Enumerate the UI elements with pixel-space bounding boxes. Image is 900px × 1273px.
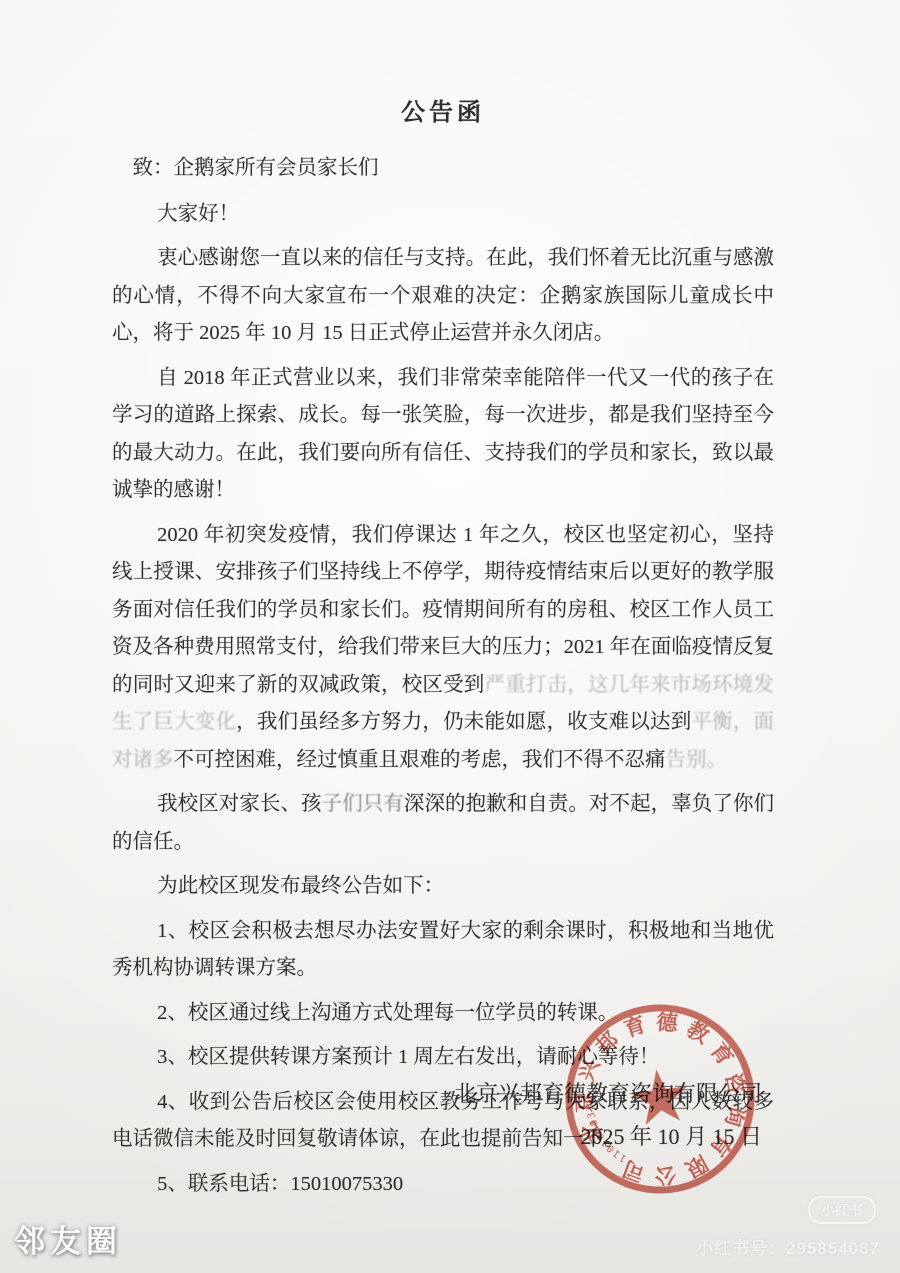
paragraph-history: 自 2018 年正式营业以来，我们非常荣幸能陪伴一代又一代的孩子在学习的道路上探… xyxy=(112,360,774,510)
xiaohongshu-badge-watermark: 小红书 xyxy=(808,1196,876,1224)
seal-star-icon xyxy=(628,1066,691,1126)
letter-greeting: 大家好！ xyxy=(112,196,774,234)
text-segment: 我校区对家长、孩 xyxy=(157,793,322,815)
paragraph-apology: 我校区对家长、孩子们只有深深的抱歉和自责。对不起，辜负了你们的信任。 xyxy=(112,786,774,861)
letter-title: 公告函 xyxy=(112,98,774,128)
faded-text-segment: 子们只有 xyxy=(322,793,404,815)
letter-photo-page: 公告函 致：企鹅家所有会员家长们 大家好！ 衷心感谢您一直以来的信任与支持。在此… xyxy=(0,0,900,1273)
company-seal-stamp: 北京兴邦育德教育咨询有限公司 1101050310461 xyxy=(550,989,771,1210)
announcement-letter: 公告函 致：企鹅家所有会员家长们 大家好！ 衷心感谢您一直以来的信任与支持。在此… xyxy=(0,98,900,1203)
faded-text-segment: 告别。 xyxy=(666,749,728,771)
paragraph-notice-intro: 为此校区现发布最终公告如下： xyxy=(112,868,774,906)
text-segment: 不可控困难，经过慎重且艰难的考虑，我们不得不忍痛 xyxy=(174,749,666,771)
paragraph-thanks: 衷心感谢您一直以来的信任与支持。在此，我们怀着无比沉重与感激的心情，不得不向大家… xyxy=(112,240,774,353)
neighbor-circle-watermark: 邻友圈 xyxy=(14,1216,122,1261)
paragraph-pandemic: 2020 年初突发疫情，我们停课达 1 年之久，校区也坚定初心，坚持线上授课、安… xyxy=(112,517,774,780)
text-segment: 2020 年初突发疫情，我们停课达 1 年之久，校区也坚定初心，坚持线上授课、安… xyxy=(112,524,774,696)
announcement-item-1: 1、校区会积极去想尽办法安置好大家的剩余课时，积极地和当地优秀机构协调转课方案。 xyxy=(112,913,774,988)
xiaohongshu-id-watermark: 小红书号：295854087 xyxy=(696,1234,880,1259)
text-segment: ，我们虽经多方努力，仍未能如愿，收支难以达到 xyxy=(236,711,691,733)
letter-salutation: 致：企鹅家所有会员家长们 xyxy=(112,150,774,188)
